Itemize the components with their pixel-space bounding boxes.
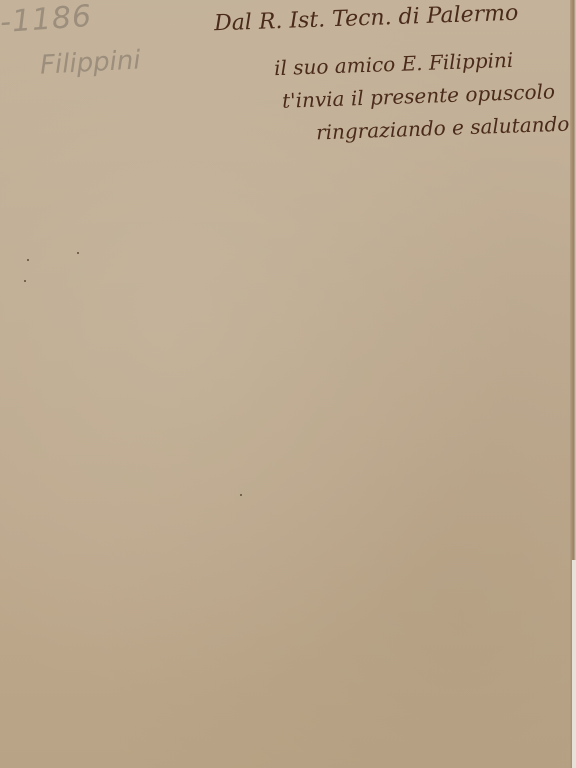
inscription-line-1: Dal R. Ist. Tecn. di Palermo: [214, 1, 519, 37]
paper-speck: [27, 259, 29, 261]
paper-speck: [240, 494, 242, 496]
document-page: -1186 Filippini Dal R. Ist. Tecn. di Pal…: [0, 0, 576, 768]
paper-speck: [24, 280, 26, 282]
page-edge-gap: [572, 560, 576, 768]
pencil-catalog-number: -1186: [0, 0, 93, 40]
inscription-line-4: ringraziando e salutando: [316, 112, 570, 145]
pencil-name-note: Filippini: [39, 45, 141, 80]
paper-speck: [77, 252, 79, 254]
inscription-line-2: il suo amico E. Filippini: [274, 48, 514, 80]
inscription-line-3: t'invia il presente opuscolo: [282, 79, 556, 113]
